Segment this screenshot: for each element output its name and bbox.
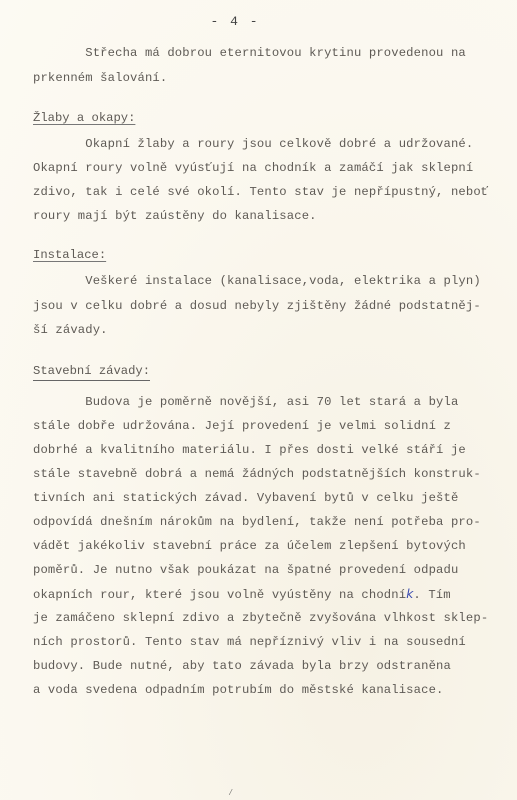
section-heading-stavebni-zavady: Stavební závady: bbox=[33, 364, 150, 381]
paragraph-line: odpovídá dnešním nárokům na bydlení, tak… bbox=[33, 514, 481, 530]
paragraph-line: je zamáčeno sklepní zdivo a zbytečně zvy… bbox=[33, 610, 488, 626]
ink-mark: ⁄ bbox=[228, 788, 233, 798]
paragraph-line: a voda svedena odpadním potrubím do měst… bbox=[33, 682, 444, 698]
paragraph-line: poměrů. Je nutno však poukázat na špatné… bbox=[33, 562, 458, 578]
paragraph-line: stále stavebně dobrá a nemá žádných pods… bbox=[33, 466, 481, 482]
paragraph-line-with-correction: okapních rour, které jsou volně vyústěny… bbox=[33, 586, 451, 603]
paragraph-line: ší závady. bbox=[33, 322, 108, 338]
page-number: - 4 - bbox=[0, 14, 470, 29]
paragraph-line: prkenném šalování. bbox=[33, 70, 167, 86]
paragraph-line: stále dobře udržována. Její provedení je… bbox=[33, 418, 451, 434]
paragraph-line: Okapní žlaby a roury jsou celkově dobré … bbox=[33, 136, 473, 152]
paragraph-line: budovy. Bude nutné, aby tato závada byla… bbox=[33, 658, 451, 674]
paragraph-line: dobrhé a kvalitního materiálu. I přes do… bbox=[33, 442, 466, 458]
paragraph-line: ních prostorů. Tento stav má nepříznivý … bbox=[33, 634, 466, 650]
section-heading-zlaby: Žlaby a okapy: bbox=[33, 111, 135, 125]
paragraph-line: vádět jakékoliv stavební práce za účelem… bbox=[33, 538, 466, 554]
paragraph-line: tivních ani statických závad. Vybavení b… bbox=[33, 490, 458, 506]
paragraph-line: zdivo, tak i celé své okolí. Tento stav … bbox=[33, 184, 488, 200]
paragraph-line: Okapní roury volně vyúsťují na chodník a… bbox=[33, 160, 473, 176]
paragraph-line: Střecha má dobrou eternitovou krytinu pr… bbox=[33, 45, 466, 61]
paragraph-line: roury mají být zaústěny do kanalisace. bbox=[33, 208, 317, 224]
paragraph-line: jsou v celku dobré a dosud nebyly zjiště… bbox=[33, 298, 481, 314]
line-suffix: . Tím bbox=[413, 588, 450, 602]
section-heading-instalace: Instalace: bbox=[33, 248, 106, 262]
paragraph-line: Veškeré instalace (kanalisace,voda, elek… bbox=[33, 273, 481, 289]
line-text: okapních rour, které jsou volně vyústěny… bbox=[33, 588, 406, 602]
paragraph-line: Budova je poměrně novější, asi 70 let st… bbox=[33, 394, 458, 410]
document-page: - 4 - Střecha má dobrou eternitovou kryt… bbox=[0, 0, 517, 800]
